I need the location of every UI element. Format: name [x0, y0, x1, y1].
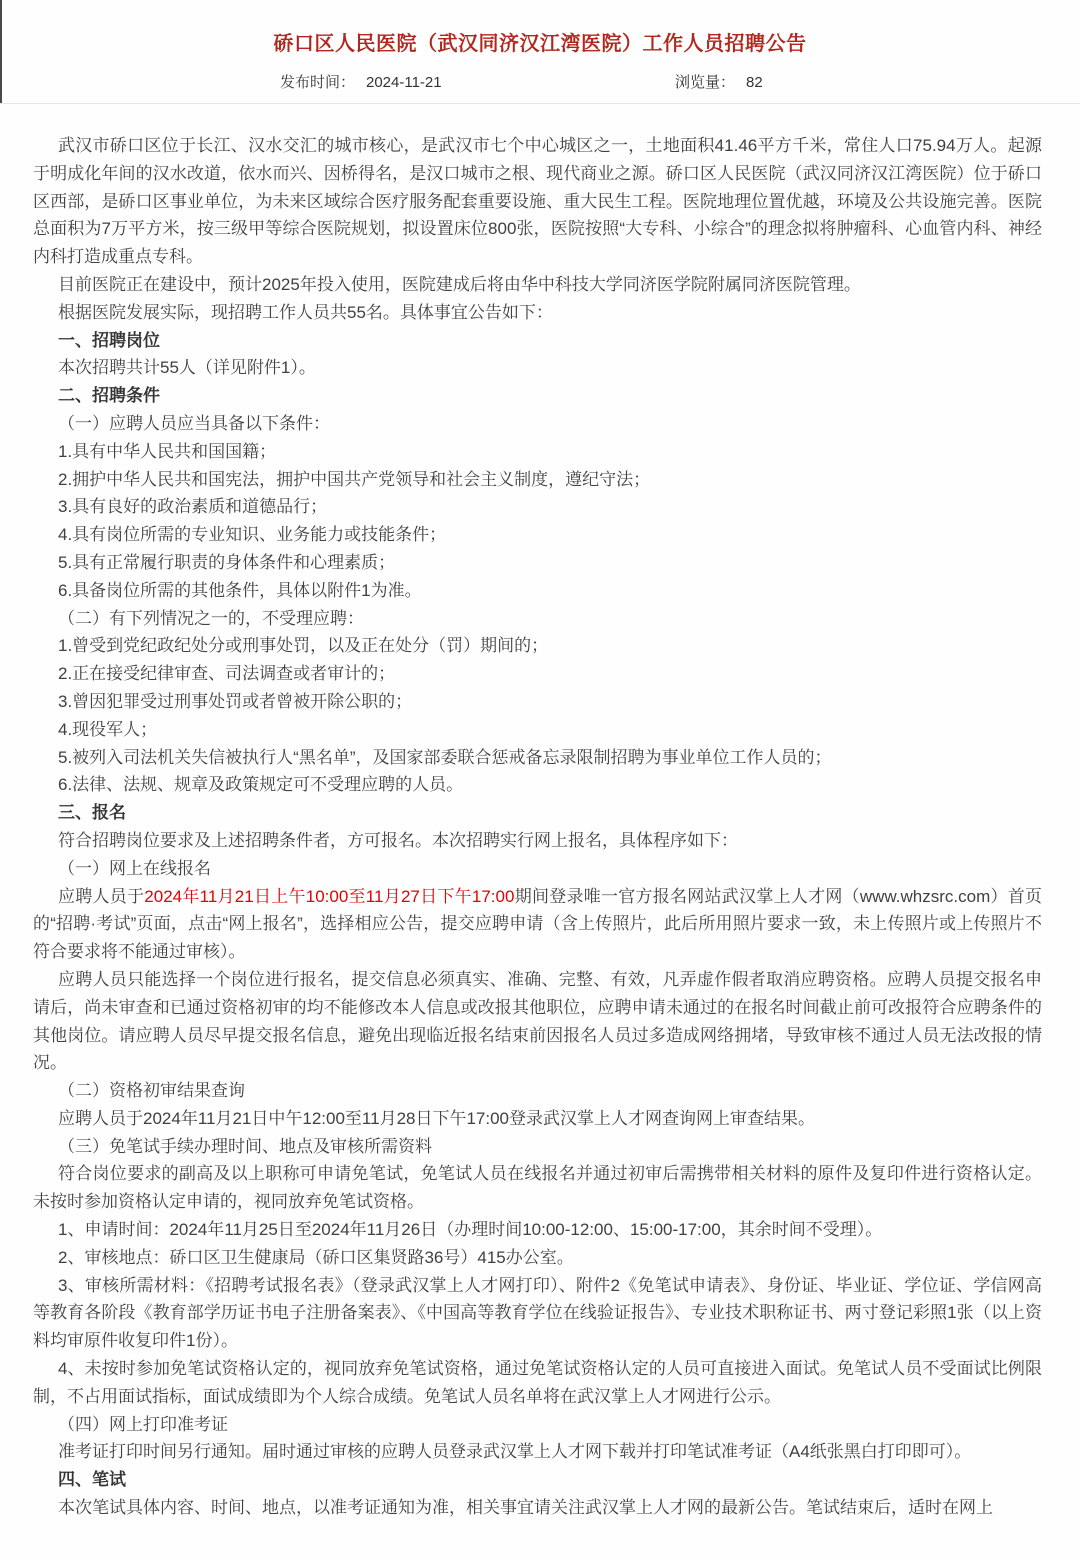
paragraph: 4.具有岗位所需的专业知识、业务能力或技能条件；	[33, 521, 1042, 549]
paragraph: 武汉市硚口区位于长江、汉水交汇的城市核心，是武汉市七个中心城区之一，土地面积41…	[33, 132, 1042, 271]
paragraph-text: 3.曾因犯罪受过刑事处罚或者曾被开除公职的；	[58, 692, 412, 711]
article-meta: 发布时间： 2024-11-21 浏览量： 82	[0, 74, 1080, 92]
paragraph: 3、审核所需材料：《招聘考试报名表》（登录武汉掌上人才网打印）、附件2《免笔试申…	[33, 1272, 1042, 1355]
paragraph-text: 一、招聘岗位	[58, 331, 160, 350]
paragraph: 1.具有中华人民共和国国籍；	[33, 438, 1042, 466]
paragraph: （二）资格初审结果查询	[33, 1077, 1042, 1105]
section-heading: 四、笔试	[33, 1466, 1042, 1494]
paragraph: （一）应聘人员应当具备以下条件：	[33, 410, 1042, 438]
paragraph: 本次招聘共计55人（详见附件1）。	[33, 354, 1042, 382]
paragraph: 4.现役军人；	[33, 716, 1042, 744]
paragraph: 6.法律、法规、规章及政策规定可不受理应聘的人员。	[33, 771, 1042, 799]
section-heading: 二、招聘条件	[33, 382, 1042, 410]
paragraph: 6.具备岗位所需的其他条件，具体以附件1为准。	[33, 577, 1042, 605]
page-title: 硚口区人民医院（武汉同济汉江湾医院）工作人员招聘公告	[0, 32, 1080, 56]
article-header: 硚口区人民医院（武汉同济汉江湾医院）工作人员招聘公告 发布时间： 2024-11…	[0, 0, 1080, 92]
paragraph: 3.具有良好的政治素质和道德品行；	[33, 493, 1042, 521]
paragraph-text: 应聘人员于	[58, 887, 144, 906]
paragraph-text: 4、未按时参加免笔试资格认定的，视同放弃免笔试资格，通过免笔试资格认定的人员可直…	[33, 1359, 1042, 1406]
paragraph-text: 本次招聘共计55人（详见附件1）。	[58, 358, 316, 377]
paragraph: 本次笔试具体内容、时间、地点，以准考证通知为准，相关事宜请关注武汉掌上人才网的最…	[33, 1494, 1042, 1522]
paragraph-text: 3.具有良好的政治素质和道德品行；	[58, 497, 327, 516]
paragraph-text: （二）资格初审结果查询	[58, 1081, 245, 1100]
paragraph-text: 应聘人员于2024年11月21日中午12:00至11月28日下午17:00登录武…	[58, 1109, 815, 1128]
paragraph: 准考证打印时间另行通知。届时通过审核的应聘人员登录武汉掌上人才网下载并打印笔试准…	[33, 1438, 1042, 1466]
paragraph-text: 6.具备岗位所需的其他条件，具体以附件1为准。	[58, 581, 422, 600]
paragraph: （三）免笔试手续办理时间、地点及审核所需资料	[33, 1133, 1042, 1161]
paragraph-text: 二、招聘条件	[58, 386, 160, 405]
paragraph-text: 5.被列入司法机关失信被执行人“黑名单”，及国家部委联合惩戒备忘录限制招聘为事业…	[58, 748, 832, 767]
paragraph: 5.具有正常履行职责的身体条件和心理素质；	[33, 549, 1042, 577]
section-heading: 一、招聘岗位	[33, 327, 1042, 355]
paragraph: 符合岗位要求的副高及以上职称可申请免笔试，免笔试人员在线报名并通过初审后需携带相…	[33, 1160, 1042, 1216]
paragraph-text: 4.现役军人；	[58, 720, 157, 739]
paragraph: （二）有下列情况之一的，不受理应聘：	[33, 605, 1042, 633]
paragraph-text: 5.具有正常履行职责的身体条件和心理素质；	[58, 553, 395, 572]
paragraph: 应聘人员只能选择一个岗位进行报名，提交信息必须真实、准确、完整、有效，凡弄虚作假…	[33, 966, 1042, 1077]
paragraph-text: 武汉市硚口区位于长江、汉水交汇的城市核心，是武汉市七个中心城区之一，土地面积41…	[33, 136, 1042, 266]
paragraph-text: 1.曾受到党纪政纪处分或刑事处罚，以及正在处分（罚）期间的；	[58, 636, 548, 655]
paragraph: 目前医院正在建设中，预计2025年投入使用，医院建成后将由华中科技大学同济医学院…	[33, 271, 1042, 299]
paragraph: 符合招聘岗位要求及上述招聘条件者，方可报名。本次招聘实行网上报名，具体程序如下：	[33, 827, 1042, 855]
views-label: 浏览量：	[675, 74, 735, 92]
paragraph-text: 本次笔试具体内容、时间、地点，以准考证通知为准，相关事宜请关注武汉掌上人才网的最…	[58, 1498, 993, 1517]
paragraph-text: 2.拥护中华人民共和国宪法，拥护中国共产党领导和社会主义制度，遵纪守法；	[58, 470, 650, 489]
paragraph-text: （一）网上在线报名	[58, 859, 211, 878]
paragraph: （四）网上打印准考证	[33, 1411, 1042, 1439]
paragraph-text: 4.具有岗位所需的专业知识、业务能力或技能条件；	[58, 525, 446, 544]
paragraph-text: 符合招聘岗位要求及上述招聘条件者，方可报名。本次招聘实行网上报名，具体程序如下：	[58, 831, 738, 850]
paragraph: （一）网上在线报名	[33, 855, 1042, 883]
paragraph-text: 目前医院正在建设中，预计2025年投入使用，医院建成后将由华中科技大学同济医学院…	[58, 275, 861, 294]
paragraph-text: 6.法律、法规、规章及政策规定可不受理应聘的人员。	[58, 775, 463, 794]
paragraph-text: 3、审核所需材料：《招聘考试报名表》（登录武汉掌上人才网打印）、附件2《免笔试申…	[33, 1276, 1042, 1351]
article-body: 武汉市硚口区位于长江、汉水交汇的城市核心，是武汉市七个中心城区之一，土地面积41…	[0, 104, 1080, 1522]
paragraph-text: 准考证打印时间另行通知。届时通过审核的应聘人员登录武汉掌上人才网下载并打印笔试准…	[58, 1442, 971, 1461]
paragraph-text: （三）免笔试手续办理时间、地点及审核所需资料	[58, 1137, 432, 1156]
announcement-page: 硚口区人民医院（武汉同济汉江湾医院）工作人员招聘公告 发布时间： 2024-11…	[0, 0, 1080, 1560]
publish-time-value: 2024-11-21	[366, 74, 442, 92]
paragraph-text: 1、申请时间：2024年11月25日至2024年11月26日（办理时间10:00…	[58, 1220, 882, 1239]
paragraph-text: （四）网上打印准考证	[58, 1415, 228, 1434]
paragraph: 5.被列入司法机关失信被执行人“黑名单”，及国家部委联合惩戒备忘录限制招聘为事业…	[33, 744, 1042, 772]
paragraph-text: 根据医院发展实际，现招聘工作人员共55名。具体事宜公告如下：	[58, 303, 553, 322]
paragraph: 3.曾因犯罪受过刑事处罚或者曾被开除公职的；	[33, 688, 1042, 716]
paragraph-text: 应聘人员只能选择一个岗位进行报名，提交信息必须真实、准确、完整、有效，凡弄虚作假…	[33, 970, 1042, 1072]
paragraph-text: 1.具有中华人民共和国国籍；	[58, 442, 276, 461]
paragraph: 1.曾受到党纪政纪处分或刑事处罚，以及正在处分（罚）期间的；	[33, 632, 1042, 660]
paragraph-text: 2.正在接受纪律审查、司法调查或者审计的；	[58, 664, 395, 683]
paragraph: 1、申请时间：2024年11月25日至2024年11月26日（办理时间10:00…	[33, 1216, 1042, 1244]
paragraph: 4、未按时参加免笔试资格认定的，视同放弃免笔试资格，通过免笔试资格认定的人员可直…	[33, 1355, 1042, 1411]
publish-time-label: 发布时间：	[280, 74, 355, 92]
paragraph: 根据医院发展实际，现招聘工作人员共55名。具体事宜公告如下：	[33, 299, 1042, 327]
paragraph: 应聘人员于2024年11月21日中午12:00至11月28日下午17:00登录武…	[33, 1105, 1042, 1133]
paragraph-text: 符合岗位要求的副高及以上职称可申请免笔试，免笔试人员在线报名并通过初审后需携带相…	[33, 1164, 1042, 1211]
views-value: 82	[746, 74, 763, 92]
paragraph: 2.拥护中华人民共和国宪法，拥护中国共产党领导和社会主义制度，遵纪守法；	[33, 466, 1042, 494]
paragraph: 应聘人员于2024年11月21日上午10:00至11月27日下午17:00期间登…	[33, 883, 1042, 966]
section-heading: 三、报名	[33, 799, 1042, 827]
paragraph-text: 2、审核地点：硚口区卫生健康局（硚口区集贤路36号）415办公室。	[58, 1248, 574, 1267]
paragraph-text: 四、笔试	[58, 1470, 126, 1489]
paragraph-text: （一）应聘人员应当具备以下条件：	[58, 414, 330, 433]
paragraph-text: 三、报名	[58, 803, 126, 822]
highlighted-date-text: 2024年11月21日上午10:00至11月27日下午17:00	[144, 887, 514, 906]
paragraph: 2.正在接受纪律审查、司法调查或者审计的；	[33, 660, 1042, 688]
paragraph: 2、审核地点：硚口区卫生健康局（硚口区集贤路36号）415办公室。	[33, 1244, 1042, 1272]
paragraph-text: （二）有下列情况之一的，不受理应聘：	[58, 609, 364, 628]
